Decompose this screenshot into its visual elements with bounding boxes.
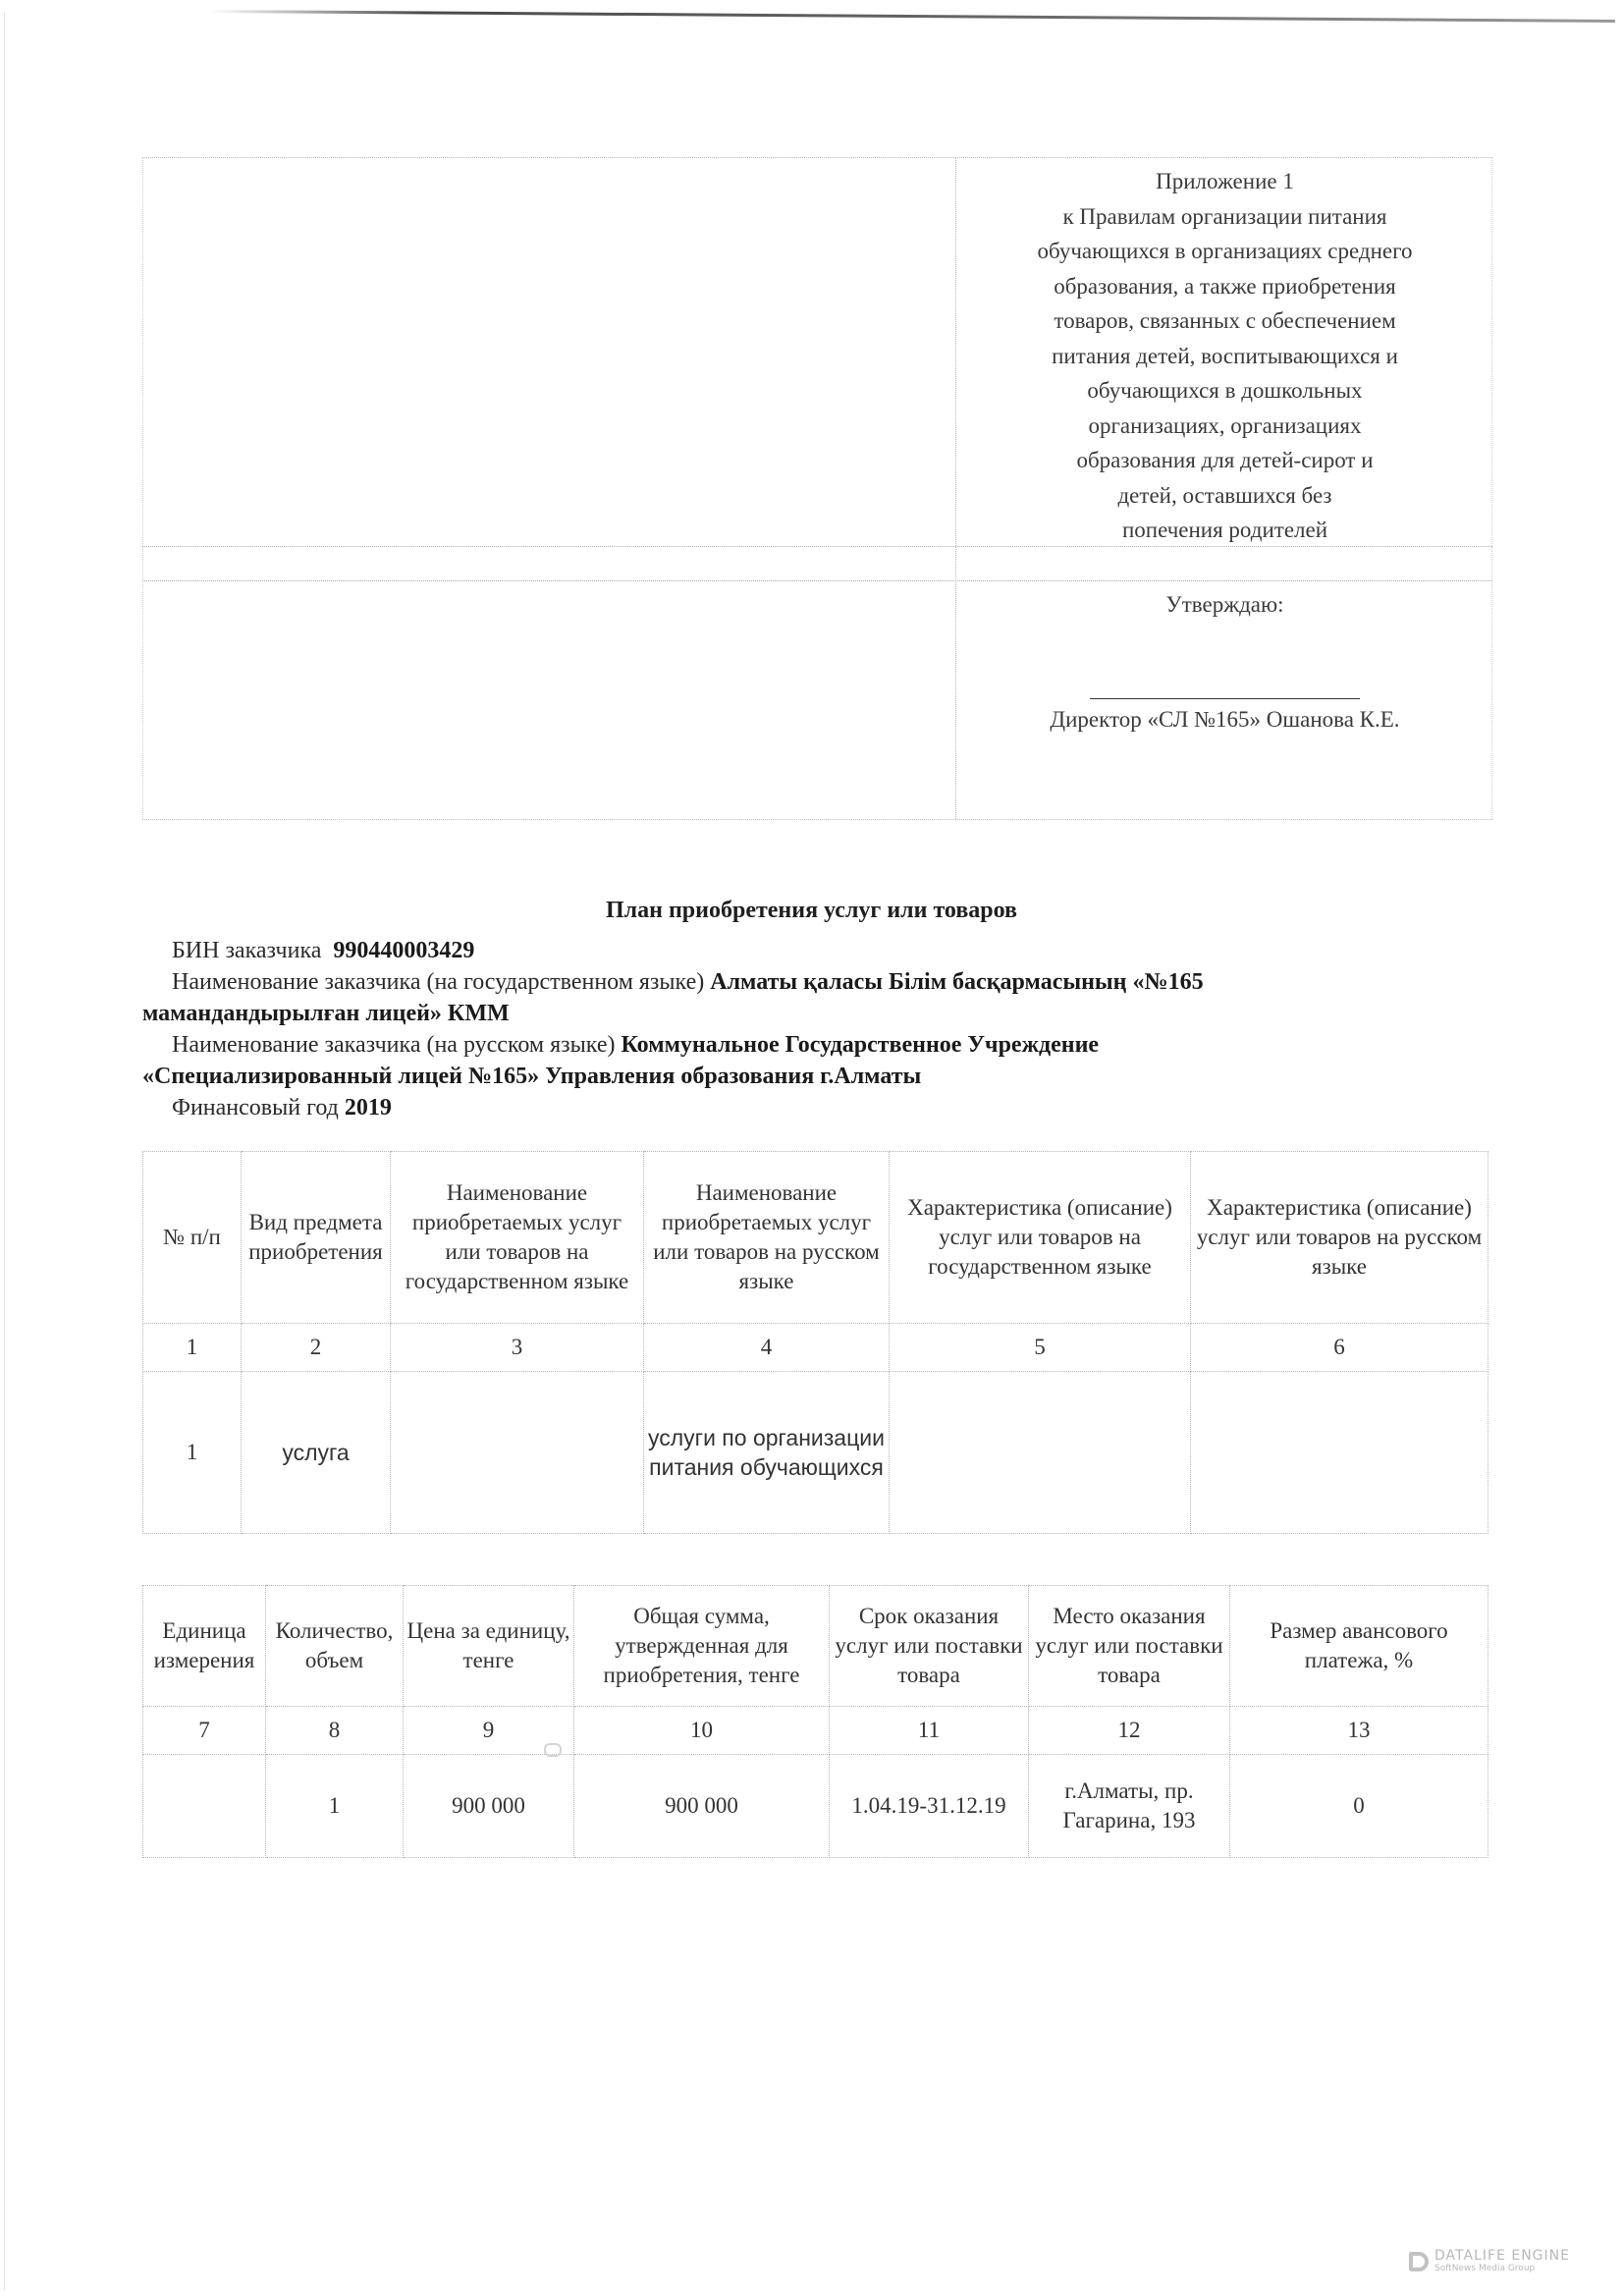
cell-name-ru: услуги по организации питания обучающихс… — [644, 1372, 890, 1534]
cell-unit-price: 900 000 — [404, 1755, 574, 1858]
appendix-line: организациях, организациях — [957, 409, 1492, 444]
appendix-line: образования для детей-сирот и — [957, 443, 1492, 478]
name-ru-line-cont: «Специализированный лицей №165» Управлен… — [142, 1061, 1497, 1092]
column-number: 11 — [830, 1707, 1029, 1755]
column-number-row: 1 2 3 4 5 6 — [143, 1324, 1488, 1372]
plan-table-part-2: Единица измерения Количество, объем Цена… — [142, 1585, 1488, 1858]
scan-left-edge — [4, 12, 5, 2290]
scan-edge-artifact — [211, 10, 1615, 23]
bin-line: БИН заказчика 990440003429 — [142, 935, 1497, 966]
column-header: Общая сумма, утвержденная для приобретен… — [574, 1586, 830, 1707]
appendix-line: образования, а также приобретения — [957, 269, 1492, 304]
name-state-label: Наименование заказчика (на государственн… — [172, 969, 704, 995]
column-number: 10 — [574, 1707, 830, 1755]
fiscal-year-value: 2019 — [345, 1095, 392, 1121]
cell-desc-state — [890, 1372, 1191, 1534]
table-header-row: Единица измерения Количество, объем Цена… — [143, 1586, 1488, 1707]
datalife-logo-icon — [1409, 2252, 1429, 2271]
divider — [142, 158, 143, 819]
cell-delivery-period: 1.04.19-31.12.19 — [830, 1755, 1029, 1858]
column-header: Срок оказания услуг или поставки товара — [830, 1586, 1029, 1707]
divider — [142, 580, 1492, 581]
table-row: 1 услуга услуги по организации питания о… — [143, 1372, 1488, 1534]
appendix-line: детей, оставшихся без — [957, 478, 1492, 514]
header-box: Приложение 1 к Правилам организации пита… — [142, 157, 1492, 820]
approval-label: Утверждаю: — [957, 590, 1492, 620]
cell-desc-ru — [1191, 1372, 1488, 1534]
watermark-sub: SoftNews Media Group — [1434, 2265, 1570, 2273]
column-header: Вид предмета приобретения — [242, 1152, 391, 1324]
column-number: 3 — [391, 1324, 644, 1372]
column-header: Цена за единицу, тенге — [404, 1586, 574, 1707]
stamp-mark — [544, 1743, 562, 1757]
column-number: 8 — [266, 1707, 404, 1755]
name-ru-value: Коммунальное Государственное Учреждение — [621, 1032, 1099, 1058]
cell-subject-type: услуга — [242, 1372, 391, 1534]
name-state-value-cont: мамандандырылған лицей» КММ — [142, 1001, 510, 1026]
column-number: 5 — [890, 1324, 1191, 1372]
column-number: 4 — [644, 1324, 890, 1372]
approval-block: Утверждаю: Директор «СЛ №165» Ошанова К.… — [957, 590, 1492, 735]
appendix-line: обучающихся в дошкольных — [957, 373, 1492, 409]
column-header: Наименование приобретаемых услуг или тов… — [391, 1152, 644, 1324]
column-header: Размер авансового платежа, % — [1230, 1586, 1488, 1707]
column-header: Единица измерения — [143, 1586, 266, 1707]
name-state-value: Алматы қаласы Білім басқармасының «№165 — [710, 969, 1203, 995]
column-number-row: 7 8 9 10 11 12 13 — [143, 1707, 1488, 1755]
appendix-line: попечения родителей — [957, 513, 1492, 548]
name-ru-value-cont: «Специализированный лицей №165» Управлен… — [142, 1064, 921, 1089]
column-number: 12 — [1029, 1707, 1230, 1755]
watermark: DATALIFE ENGINE SoftNews Media Group — [1409, 2249, 1570, 2273]
name-state-line-cont: мамандандырылған лицей» КММ — [142, 998, 1497, 1029]
column-number: 6 — [1191, 1324, 1488, 1372]
appendix-line: обучающихся в организациях среднего — [957, 234, 1492, 269]
cell-advance-payment: 0 — [1230, 1755, 1488, 1858]
name-ru-label: Наименование заказчика (на русском языке… — [172, 1032, 615, 1058]
column-number: 13 — [1230, 1707, 1488, 1755]
appendix-line: товаров, связанных с обеспечением — [957, 303, 1492, 339]
column-header: Наименование приобретаемых услуг или тов… — [644, 1152, 890, 1324]
column-header: Характеристика (описание) услуг или това… — [1191, 1152, 1488, 1324]
customer-info: БИН заказчика 990440003429 Наименование … — [142, 935, 1497, 1123]
name-ru-line: Наименование заказчика (на русском языке… — [142, 1029, 1497, 1061]
fiscal-year-line: Финансовый год 2019 — [142, 1092, 1497, 1123]
cell-total-sum: 900 000 — [574, 1755, 830, 1858]
director-name: Директор «СЛ №165» Ошанова К.Е. — [957, 705, 1492, 735]
cell-name-state — [391, 1372, 644, 1534]
page-title: План приобретения услуг или товаров — [0, 898, 1623, 924]
cell-unit — [143, 1755, 266, 1858]
divider — [955, 158, 956, 819]
fiscal-year-label: Финансовый год — [172, 1095, 339, 1121]
column-header: № п/п — [143, 1152, 242, 1324]
appendix-line: Приложение 1 — [957, 164, 1492, 199]
column-header: Количество, объем — [266, 1586, 404, 1707]
name-state-line: Наименование заказчика (на государственн… — [142, 966, 1497, 998]
appendix-note: Приложение 1 к Правилам организации пита… — [957, 164, 1492, 548]
column-number: 1 — [143, 1324, 242, 1372]
appendix-line: к Правилам организации питания — [957, 199, 1492, 235]
bin-value: 990440003429 — [333, 938, 474, 963]
table-row: 1 900 000 900 000 1.04.19-31.12.19 г.Алм… — [143, 1755, 1488, 1858]
signature-line — [1090, 698, 1360, 699]
watermark-brand: DATALIFE ENGINE — [1434, 2249, 1570, 2263]
cell-number: 1 — [143, 1372, 242, 1534]
appendix-line: питания детей, воспитывающихся и — [957, 339, 1492, 374]
plan-table-part-1: № п/п Вид предмета приобретения Наименов… — [142, 1151, 1488, 1534]
cell-quantity: 1 — [266, 1755, 404, 1858]
bin-label: БИН заказчика — [172, 938, 321, 963]
column-header: Место оказания услуг или поставки товара — [1029, 1586, 1230, 1707]
column-header: Характеристика (описание) услуг или това… — [890, 1152, 1191, 1324]
column-number: 7 — [143, 1707, 266, 1755]
cell-delivery-place: г.Алматы, пр. Гагарина, 193 — [1029, 1755, 1230, 1858]
table-header-row: № п/п Вид предмета приобретения Наименов… — [143, 1152, 1488, 1324]
column-number: 2 — [242, 1324, 391, 1372]
